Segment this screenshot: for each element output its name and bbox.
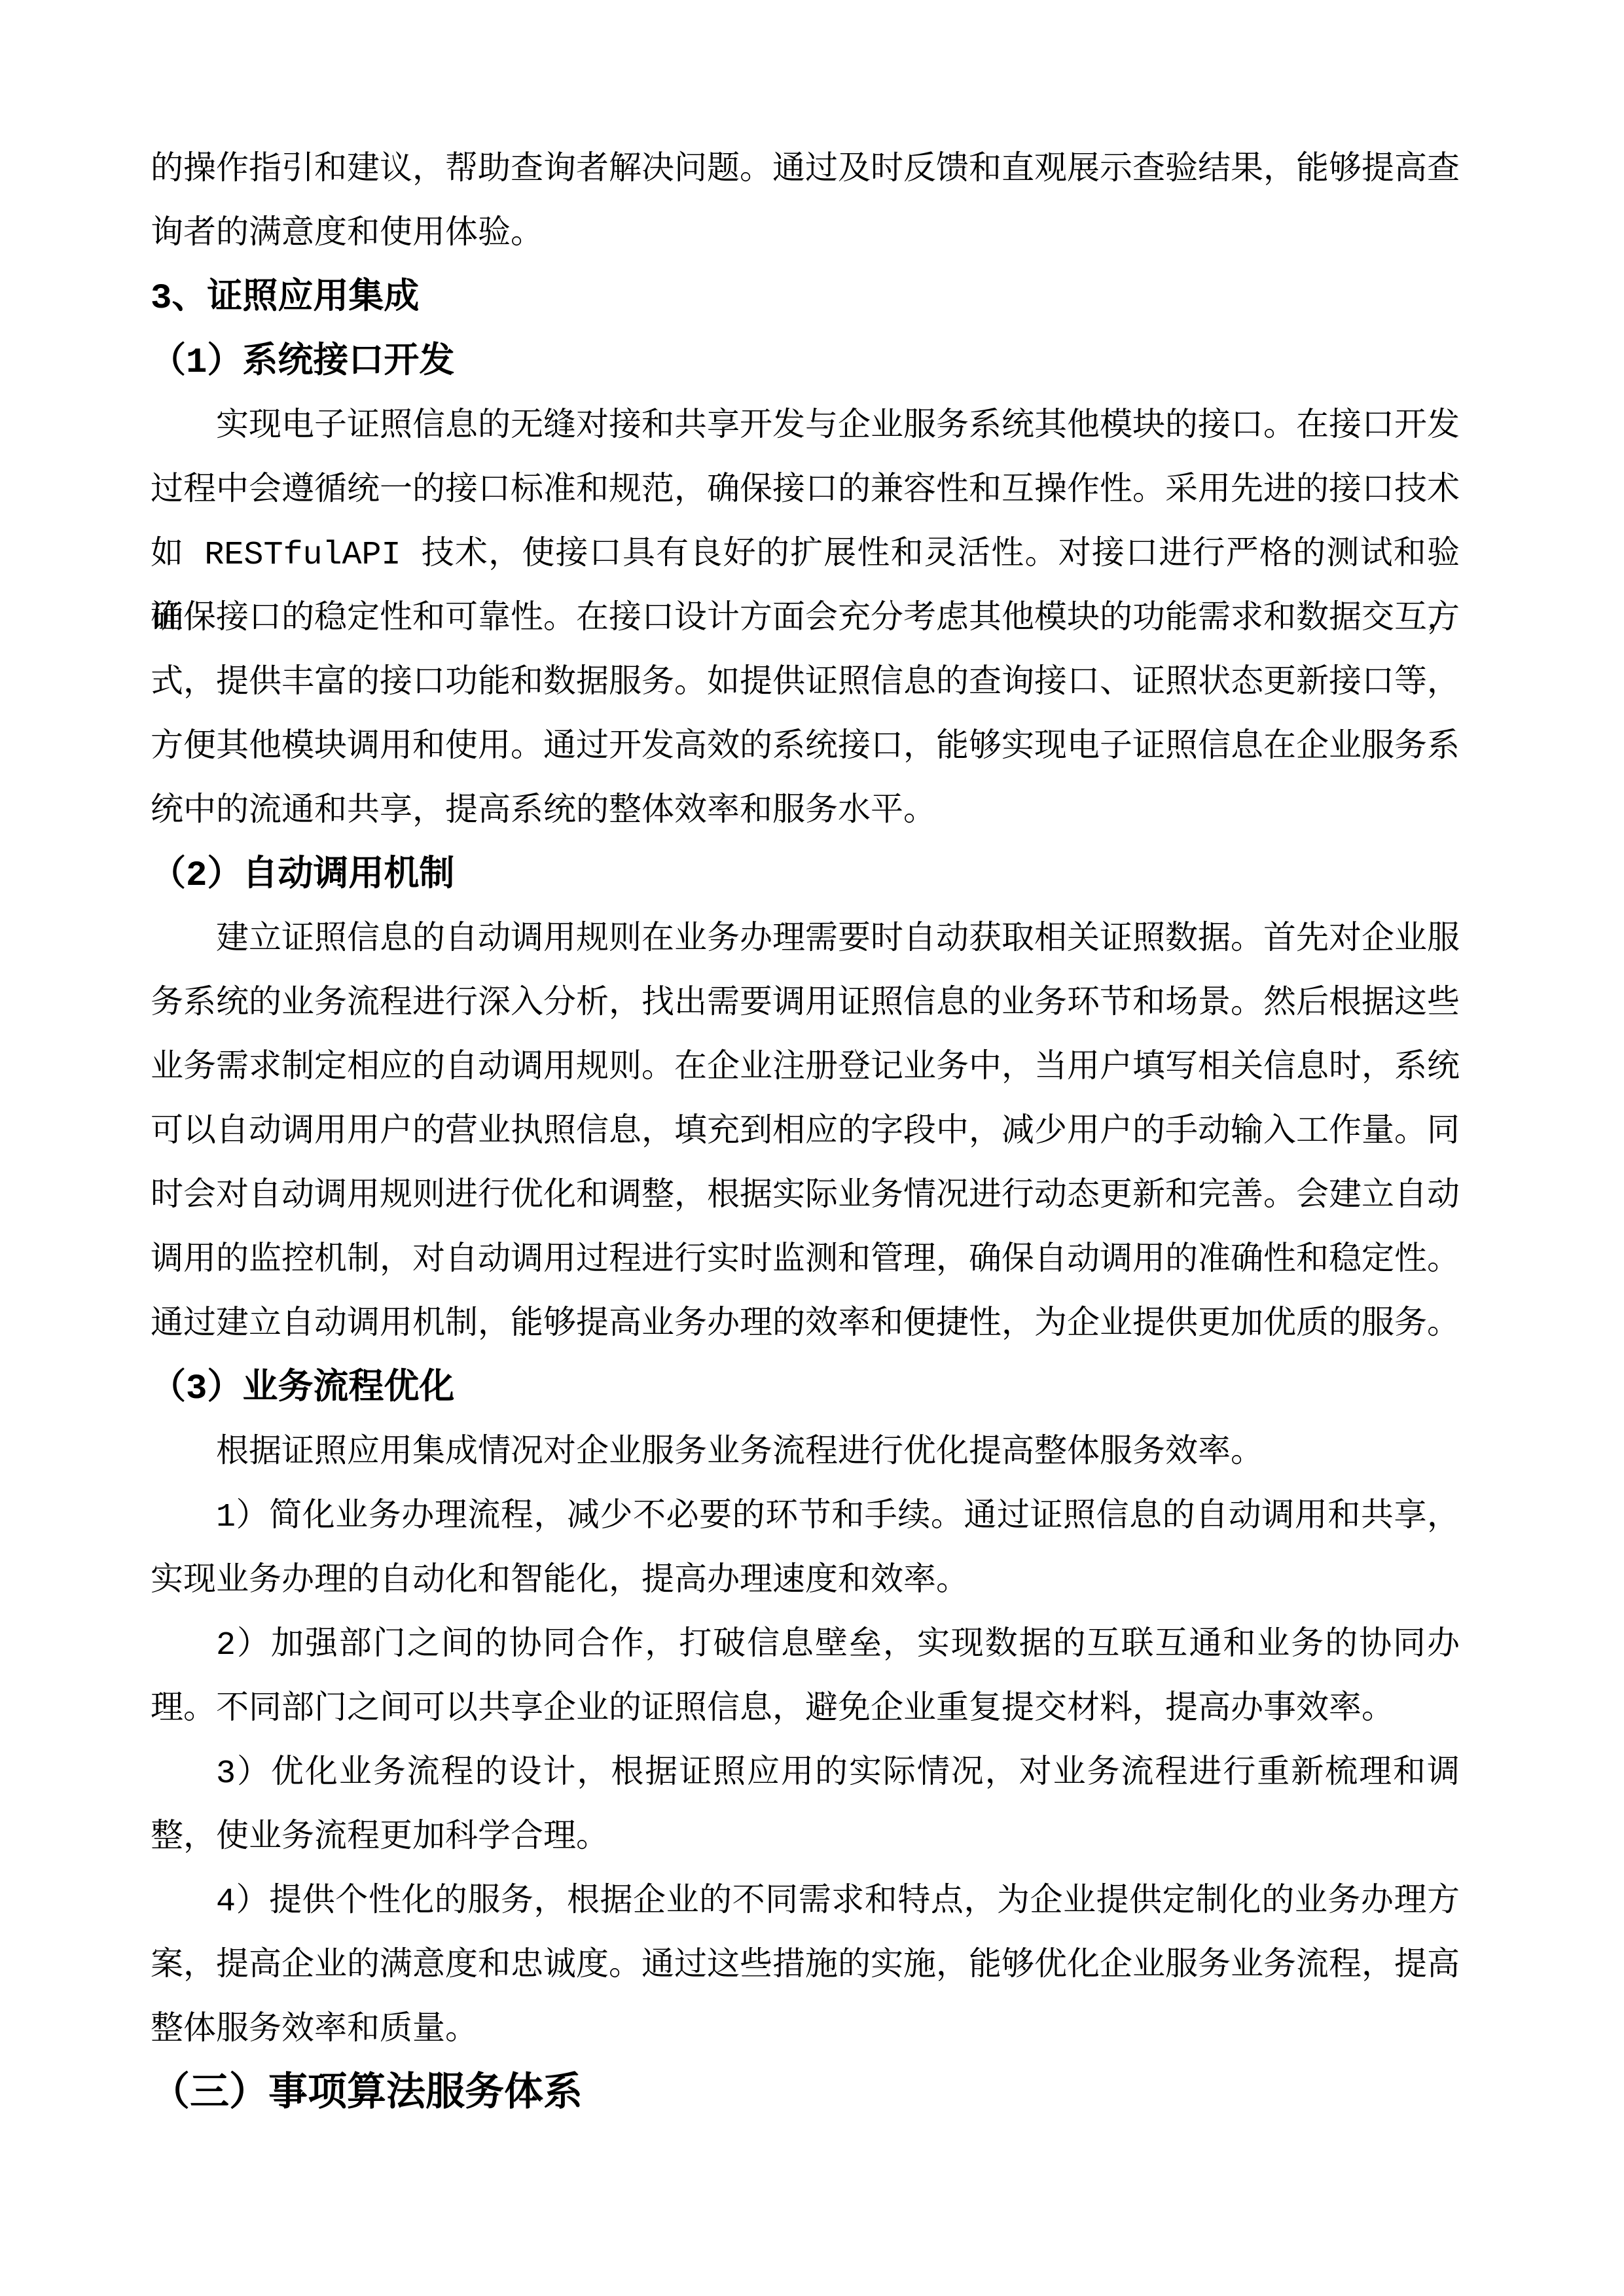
paragraph-line: 2）加强部门之间的协同合作，打破信息壁垒，实现数据的互联互通和业务的协同办 (151, 1614, 1460, 1678)
paragraph-line: 确保接口的稳定性和可靠性。在接口设计方面会充分考虑其他模块的功能需求和数据交互方 (151, 588, 1460, 652)
paragraph-line: 务系统的业务流程进行深入分析，找出需要调用证照信息的业务环节和场景。然后根据这些 (151, 973, 1460, 1037)
paragraph-line: 整，使业务流程更加科学合理。 (151, 1806, 1460, 1871)
paragraph-line: 询者的满意度和使用体验。 (151, 203, 1460, 267)
paragraph-line: 可以自动调用用户的营业执照信息，填充到相应的字段中，减少用户的手动输入工作量。同 (151, 1101, 1460, 1165)
paragraph-line: 理。不同部门之间可以共享企业的证照信息，避免企业重复提交材料，提高办事效率。 (151, 1678, 1460, 1742)
section-heading: （3）业务流程优化 (151, 1357, 1460, 1422)
paragraph-line: 3）优化业务流程的设计，根据证照应用的实际情况，对业务流程进行重新梳理和调 (151, 1742, 1460, 1806)
section-heading: （2）自动调用机制 (151, 844, 1460, 908)
paragraph-line: 1）简化业务办理流程，减少不必要的环节和手续。通过证照信息的自动调用和共享， (151, 1486, 1460, 1550)
paragraph-line: 如 RESTfulAPI 技术，使接口具有良好的扩展性和灵活性。对接口进行严格的… (151, 524, 1460, 588)
paragraph-line: 的操作指引和建议，帮助查询者解决问题。通过及时反馈和直观展示查验结果，能够提高查 (151, 139, 1460, 203)
paragraph-line: 时会对自动调用规则进行优化和调整，根据实际业务情况进行动态更新和完善。会建立自动 (151, 1165, 1460, 1229)
paragraph-line: 实现业务办理的自动化和智能化，提高办理速度和效率。 (151, 1550, 1460, 1614)
paragraph-line: 通过建立自动调用机制，能够提高业务办理的效率和便捷性，为企业提供更加优质的服务。 (151, 1293, 1460, 1357)
paragraph-line: 调用的监控机制，对自动调用过程进行实时监测和管理，确保自动调用的准确性和稳定性。 (151, 1229, 1460, 1293)
paragraph-line: 业务需求制定相应的自动调用规则。在企业注册登记业务中，当用户填写相关信息时，系统 (151, 1037, 1460, 1101)
document-page: { "page": { "background_color": "#ffffff… (0, 0, 1624, 2296)
section-heading: （三）事项算法服务体系 (151, 2063, 1460, 2127)
paragraph-line: 4）提供个性化的服务，根据企业的不同需求和特点，为企业提供定制化的业务办理方 (151, 1871, 1460, 1935)
paragraph-line: 实现电子证照信息的无缝对接和共享开发与企业服务系统其他模块的接口。在接口开发 (151, 395, 1460, 459)
paragraph-line: 式，提供丰富的接口功能和数据服务。如提供证照信息的查询接口、证照状态更新接口等， (151, 652, 1460, 716)
paragraph-line: 过程中会遵循统一的接口标准和规范，确保接口的兼容性和互操作性。采用先进的接口技术 (151, 459, 1460, 524)
paragraph-line: 方便其他模块调用和使用。通过开发高效的系统接口，能够实现电子证照信息在企业服务系 (151, 716, 1460, 780)
paragraph-line: 根据证照应用集成情况对企业服务业务流程进行优化提高整体服务效率。 (151, 1422, 1460, 1486)
section-heading: 3、证照应用集成 (151, 267, 1460, 331)
page-canvas: 的操作指引和建议，帮助查询者解决问题。通过及时反馈和直观展示查验结果，能够提高查… (0, 0, 1624, 2296)
section-heading: （1）系统接口开发 (151, 331, 1460, 395)
paragraph-line: 建立证照信息的自动调用规则在业务办理需要时自动获取相关证照数据。首先对企业服 (151, 908, 1460, 973)
paragraph-line: 整体服务效率和质量。 (151, 1999, 1460, 2063)
document-content: 的操作指引和建议，帮助查询者解决问题。通过及时反馈和直观展示查验结果，能够提高查… (151, 139, 1460, 2127)
paragraph-line: 案，提高企业的满意度和忠诚度。通过这些措施的实施，能够优化企业服务业务流程，提高 (151, 1935, 1460, 1999)
paragraph-line: 统中的流通和共享，提高系统的整体效率和服务水平。 (151, 780, 1460, 844)
